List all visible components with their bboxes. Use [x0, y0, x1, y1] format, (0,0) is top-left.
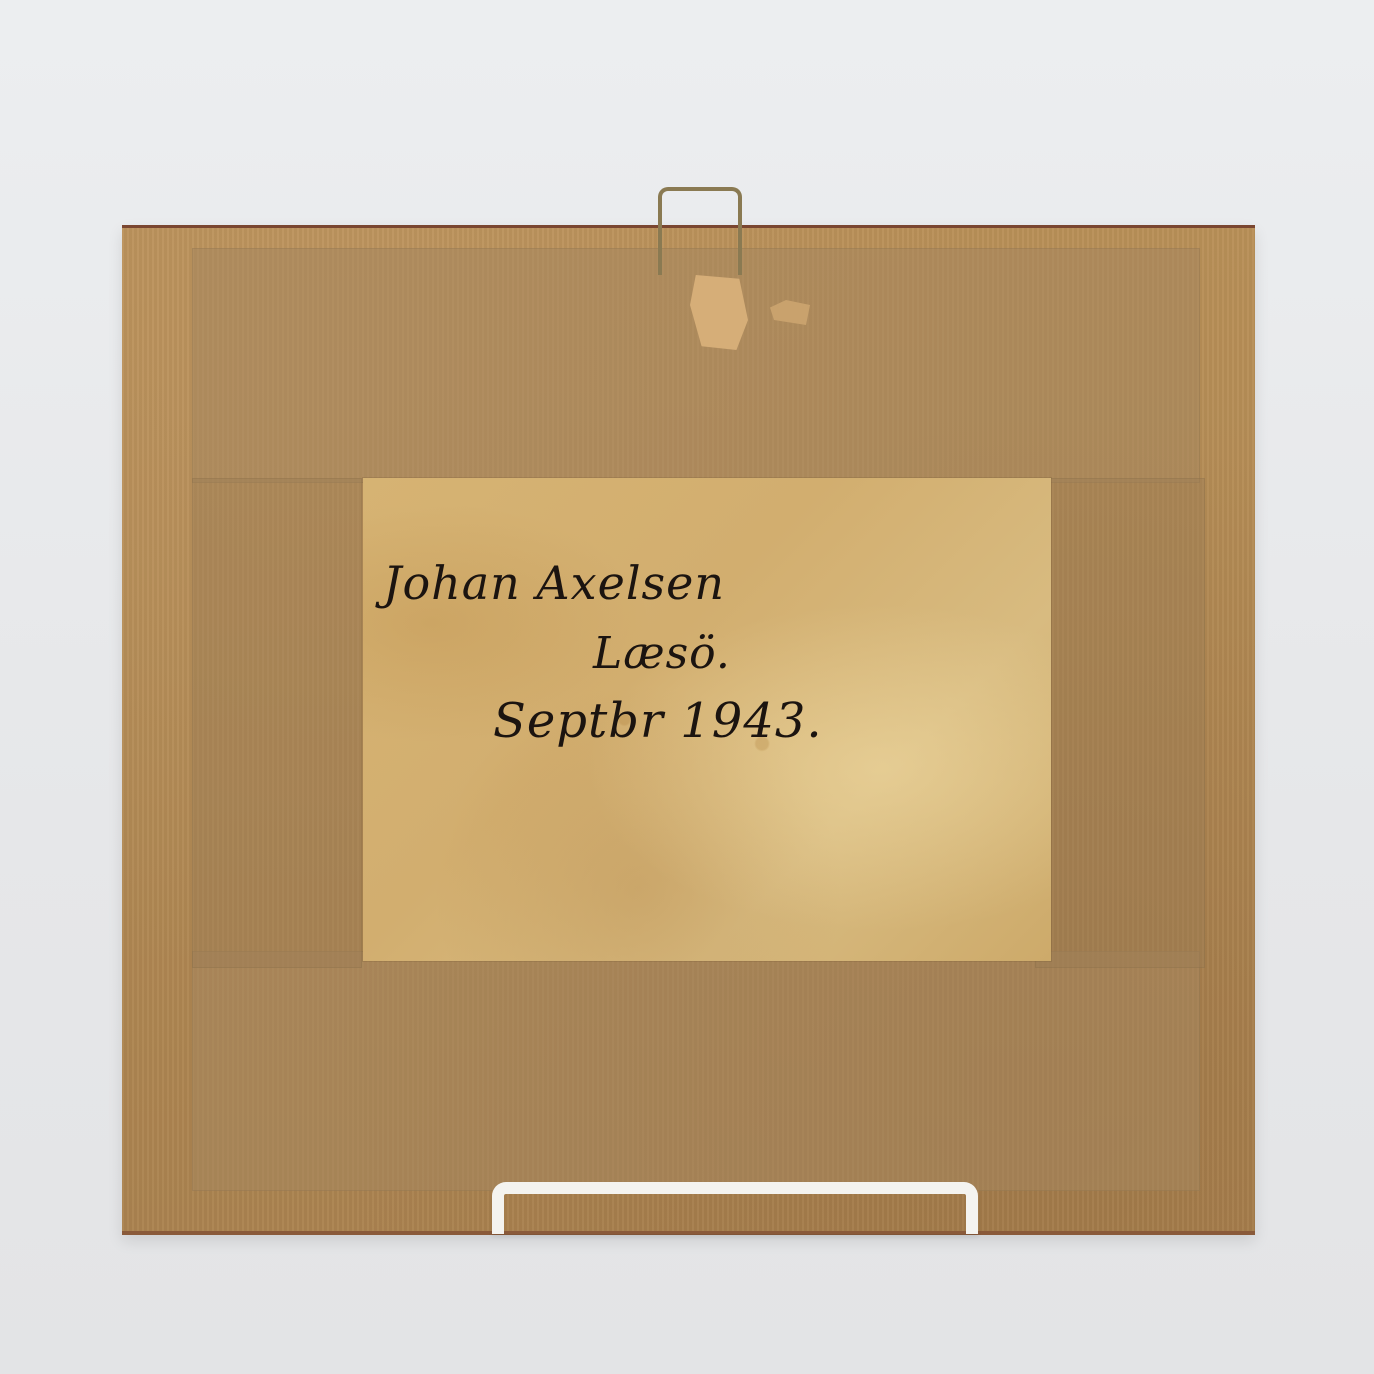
label-location: Læsö.	[593, 628, 731, 679]
photo-scene: Johan Axelsen Læsö. Septbr 1943.	[0, 0, 1374, 1374]
handwritten-label: Johan Axelsen Læsö. Septbr 1943.	[363, 478, 1051, 961]
tape-strip-right	[1035, 478, 1205, 968]
label-artist-name: Johan Axelsen	[383, 556, 725, 610]
label-date: Septbr 1943.	[493, 693, 823, 749]
frame-backing-board: Johan Axelsen Læsö. Septbr 1943.	[122, 225, 1255, 1235]
tape-strip-left	[192, 478, 362, 968]
wire-hanger-icon	[658, 187, 742, 275]
display-stand	[492, 1182, 978, 1234]
tape-strip-bottom	[192, 951, 1200, 1191]
